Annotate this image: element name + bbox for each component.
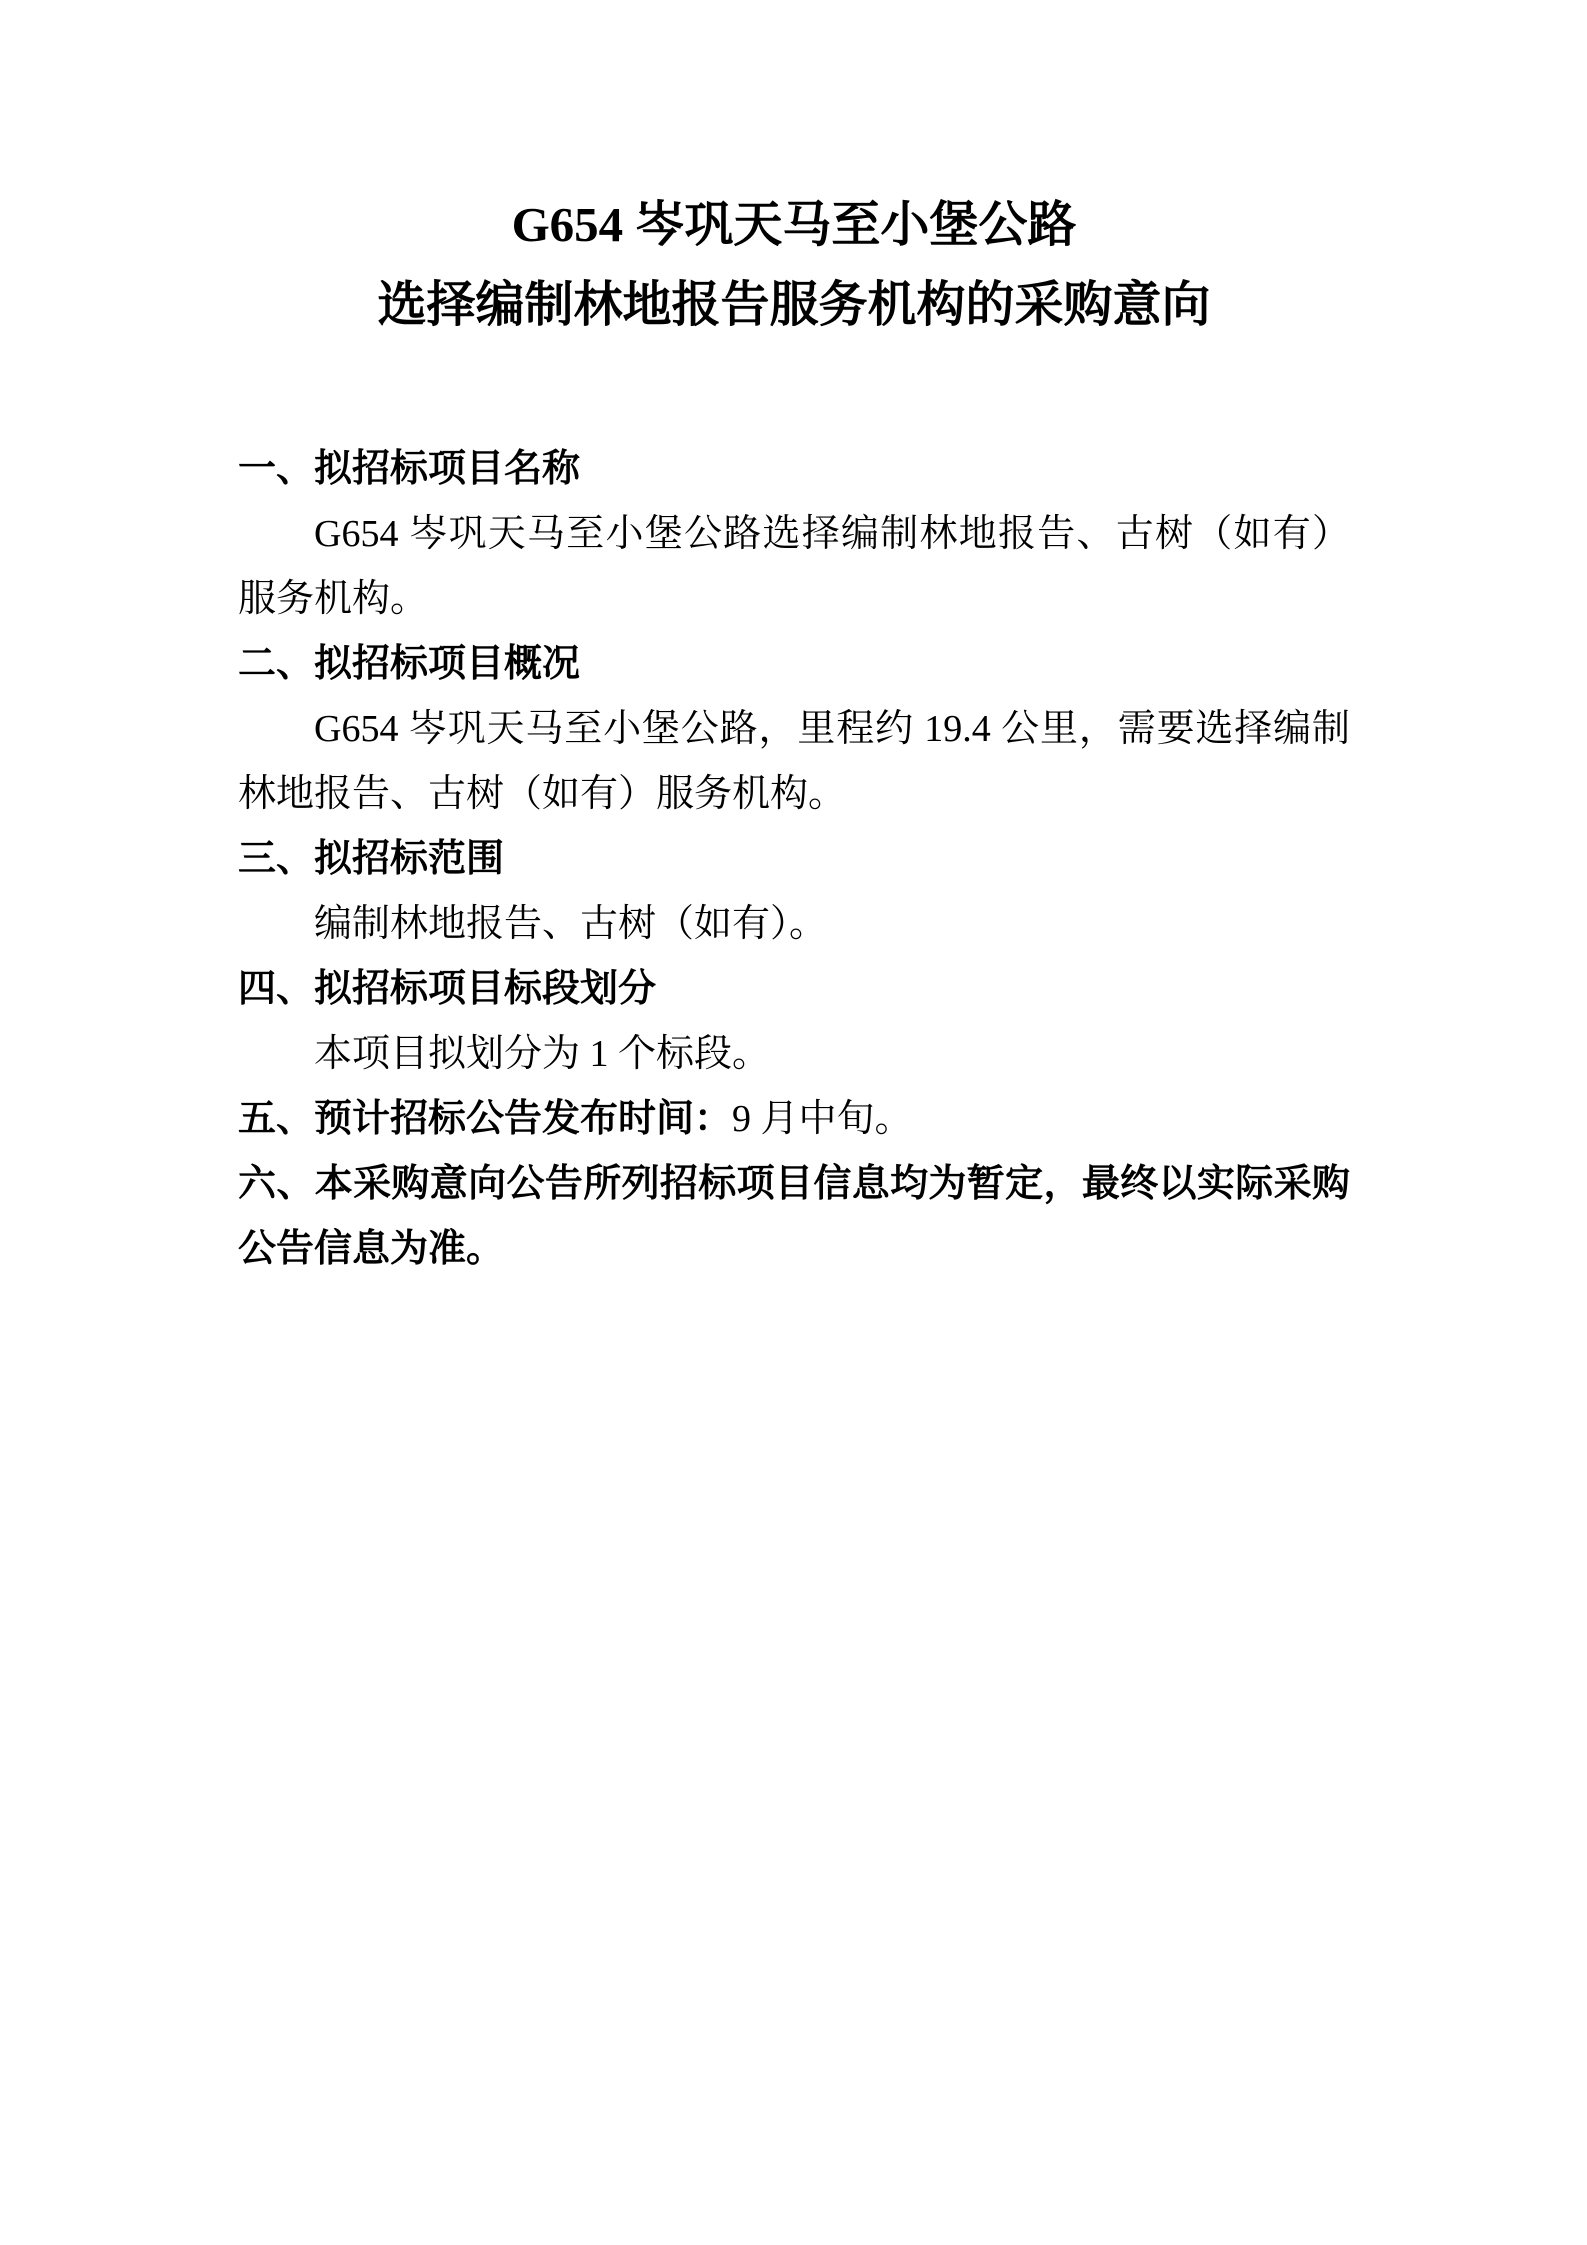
section-4-heading: 四、拟招标项目标段划分 (238, 957, 1350, 1022)
section-1-heading: 一、拟招标项目名称 (238, 437, 1350, 502)
document-title: G654 岑巩天马至小堡公路 选择编制林地报告服务机构的采购意向 (238, 185, 1350, 345)
section-5-heading: 五、预计招标公告发布时间： (238, 1098, 732, 1140)
section-3-heading: 三、拟招标范围 (238, 827, 1350, 892)
section-1-paragraph: G654 岑巩天马至小堡公路选择编制林地报告、古树（如有）服务机构。 (238, 502, 1350, 632)
section-6-heading: 六、本采购意向公告所列招标项目信息均为暂定，最终以实际采购公告信息为准。 (238, 1152, 1350, 1282)
document-title-line2: 选择编制林地报告服务机构的采购意向 (238, 265, 1350, 345)
section-2-paragraph: G654 岑巩天马至小堡公路，里程约 19.4 公里，需要选择编制林地报告、古树… (238, 697, 1350, 827)
section-2-heading: 二、拟招标项目概况 (238, 632, 1350, 697)
document-content: G654 岑巩天马至小堡公路 选择编制林地报告服务机构的采购意向 一、拟招标项目… (238, 185, 1350, 1282)
section-3-paragraph: 编制林地报告、古树（如有）。 (238, 892, 1350, 957)
section-5-value: 9 月中旬。 (732, 1098, 913, 1140)
document-body: 一、拟招标项目名称 G654 岑巩天马至小堡公路选择编制林地报告、古树（如有）服… (238, 437, 1350, 1282)
document-title-line1: G654 岑巩天马至小堡公路 (238, 185, 1350, 265)
document-page: G654 岑巩天马至小堡公路 选择编制林地报告服务机构的采购意向 一、拟招标项目… (0, 0, 1587, 2245)
section-4-paragraph: 本项目拟划分为 1 个标段。 (238, 1022, 1350, 1087)
section-5-line: 五、预计招标公告发布时间：9 月中旬。 (238, 1087, 1350, 1152)
